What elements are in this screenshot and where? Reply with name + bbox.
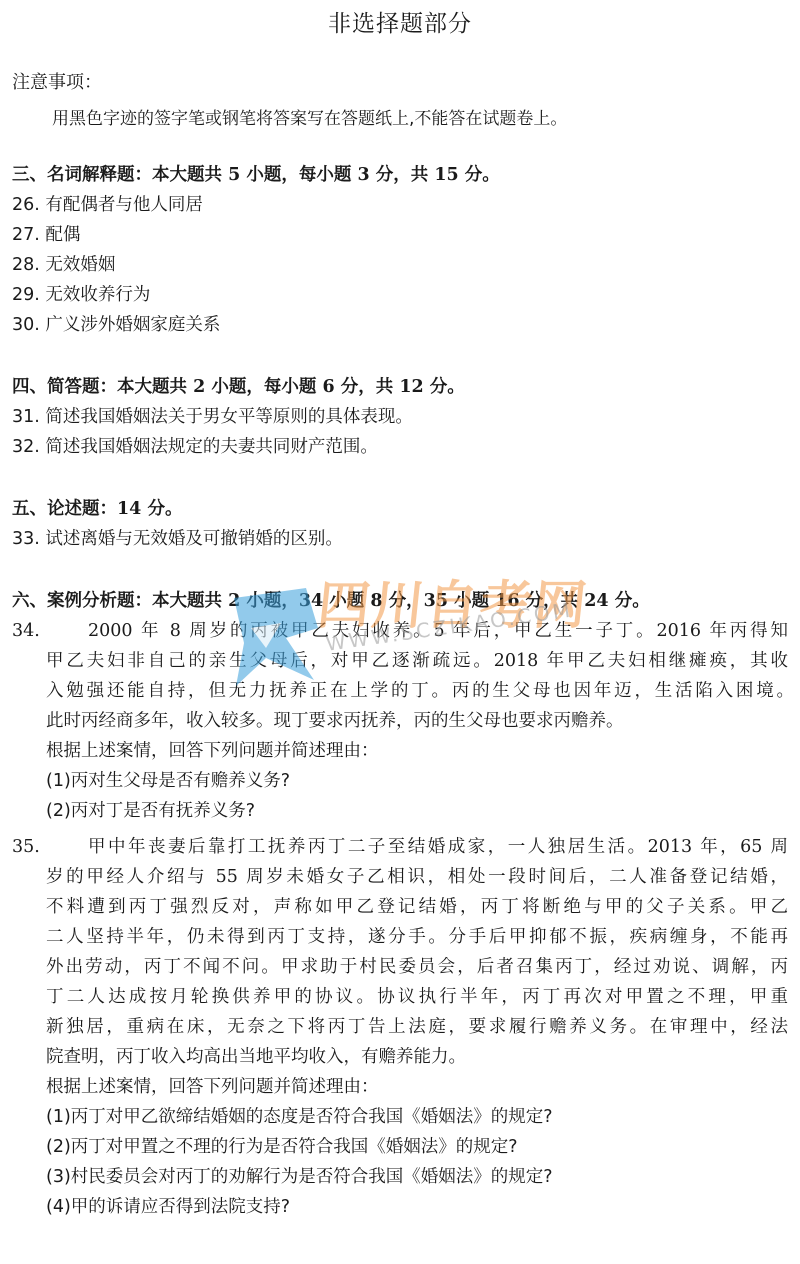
- question-33: 33. 试述离婚与无效婚及可撤销婚的区别。: [12, 526, 343, 552]
- question-26: 26. 有配偶者与他人同居: [12, 192, 203, 218]
- case-35-line-3: 不料遭到丙丁强烈反对，声称如甲乙登记结婚，丙丁将断绝与甲的父子关系。甲乙: [46, 894, 788, 920]
- case-34-prompt: 根据上述案情，回答下列问题并简述理由：: [46, 738, 379, 764]
- question-27: 27. 配偶: [12, 222, 80, 248]
- case-34-line-1: 2000 年 8 周岁的丙被甲乙夫妇收养。5 年后，甲乙生一子丁。2016 年丙…: [88, 618, 788, 644]
- question-32: 32. 简述我国婚姻法规定的夫妻共同财产范围。: [12, 434, 378, 460]
- question-28: 28. 无效婚姻: [12, 252, 115, 278]
- case-35-line-8: 院查明，丙丁收入均高出当地平均收入，有赡养能力。: [46, 1044, 466, 1070]
- case-34-number: 34.: [12, 618, 40, 644]
- case-34-line-3: 入勉强还能自持，但无力抚养正在上学的丁。丙的生父母也因年迈，生活陷入困境。: [46, 678, 794, 704]
- section-heading-6: 六、案例分析题：本大题共 2 小题，34 小题 8 分，35 小题 16 分，共…: [12, 588, 650, 614]
- case-35-sub-question-3: (3)村民委员会对丙丁的劝解行为是否符合我国《婚姻法》的规定?: [46, 1164, 553, 1190]
- case-35-sub-question-2: (2)丙丁对甲置之不理的行为是否符合我国《婚姻法》的规定?: [46, 1134, 518, 1160]
- section-heading-5: 五、论述题：14 分。: [12, 496, 182, 522]
- case-35-sub-question-4: (4)甲的诉请应否得到法院支持?: [46, 1194, 290, 1220]
- case-35-line-1: 甲中年丧妻后靠打工抚养丙丁二子至结婚成家，一人独居生活。2013 年，65 周: [88, 834, 788, 860]
- case-35-line-6: 丁二人达成按月轮换供养甲的协议。协议执行半年，丙丁再次对甲置之不理，甲重: [46, 984, 788, 1010]
- case-35-line-7: 新独居，重病在床，无奈之下将丙丁告上法庭，要求履行赡养义务。在审理中，经法: [46, 1014, 788, 1040]
- question-29: 29. 无效收养行为: [12, 282, 150, 308]
- case-34-sub-question-1: (1)丙对生父母是否有赡养义务?: [46, 768, 290, 794]
- section-heading-3: 三、名词解释题：本大题共 5 小题，每小题 3 分，共 15 分。: [12, 162, 500, 188]
- case-35-line-5: 外出劳动，丙丁不闻不问。甲求助于村民委员会，后者召集丙丁，经过劝说、调解，丙: [46, 954, 788, 980]
- case-35-prompt: 根据上述案情，回答下列问题并简述理由：: [46, 1074, 379, 1100]
- exam-page: 非选择题部分 注意事项： 用黑色字迹的签字笔或钢笔将答案写在答题纸上,不能答在试…: [0, 0, 800, 1264]
- case-35-sub-question-1: (1)丙丁对甲乙欲缔结婚姻的态度是否符合我国《婚姻法》的规定?: [46, 1104, 553, 1130]
- page-title: 非选择题部分: [0, 6, 800, 42]
- notice-text: 用黑色字迹的签字笔或钢笔将答案写在答题纸上,不能答在试题卷上。: [52, 106, 567, 132]
- case-35-number: 35.: [12, 834, 40, 860]
- section-heading-4: 四、简答题：本大题共 2 小题，每小题 6 分，共 12 分。: [12, 374, 465, 400]
- question-31: 31. 简述我国婚姻法关于男女平等原则的具体表现。: [12, 404, 413, 430]
- notice-heading: 注意事项：: [12, 70, 102, 96]
- question-30: 30. 广义涉外婚姻家庭关系: [12, 312, 220, 338]
- case-34-line-2: 甲乙夫妇非自己的亲生父母后，对甲乙逐渐疏远。2018 年甲乙夫妇相继瘫痪，其收: [46, 648, 788, 674]
- case-35-line-4: 二人坚持半年，仍未得到丙丁支持，遂分手。分手后甲抑郁不振，疾病缠身，不能再: [46, 924, 788, 950]
- case-34-line-4: 此时丙经商多年，收入较多。现丁要求丙抚养，丙的生父母也要求丙赡养。: [46, 708, 624, 734]
- case-34-sub-question-2: (2)丙对丁是否有抚养义务?: [46, 798, 255, 824]
- case-35-line-2: 岁的甲经人介绍与 55 周岁未婚女子乙相识，相处一段时间后，二人准备登记结婚，: [46, 864, 788, 890]
